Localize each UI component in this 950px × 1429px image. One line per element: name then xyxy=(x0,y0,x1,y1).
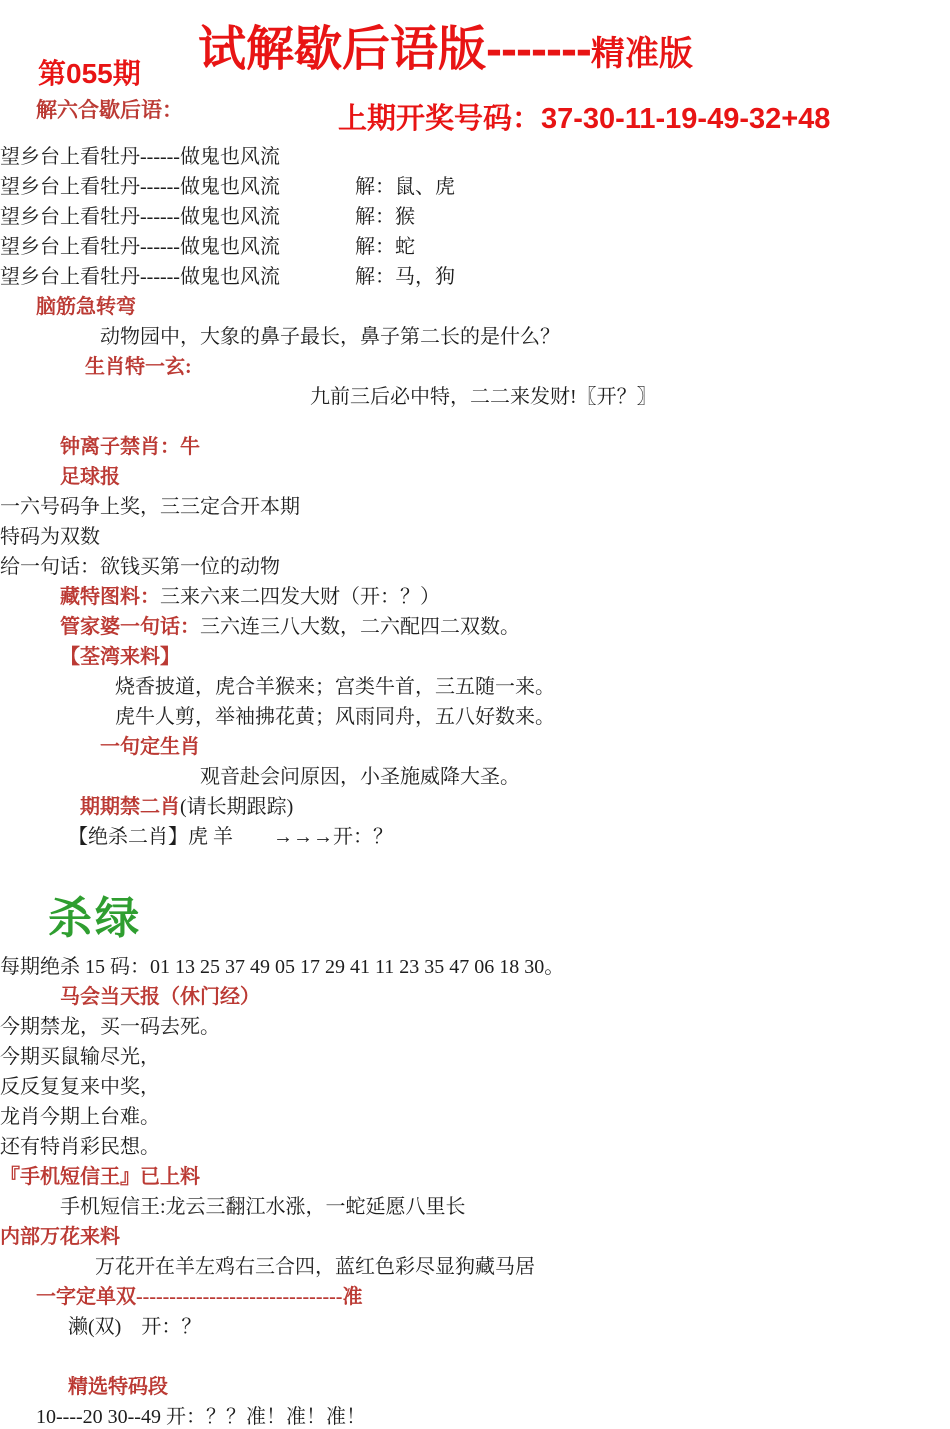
kill-green-line: 反反复复来中奖， xyxy=(0,1072,950,1102)
spacer xyxy=(0,412,950,432)
kill-green-line: 今期买鼠输尽光， xyxy=(0,1042,950,1072)
previous-draw-value: 37-30-11-19-49-32+48 xyxy=(541,103,830,135)
spacer xyxy=(0,1342,950,1372)
football-line: 给一句话：欲钱买第一位的动物 xyxy=(0,552,950,582)
wanhua-label: 内部万花来料 xyxy=(0,1222,950,1252)
kill-green-line: 龙肖今期上台难。 xyxy=(0,1102,950,1132)
single-double-text: 濑(双) 开：？ xyxy=(0,1312,950,1342)
previous-draw-numbers: 上期开奖号码：37-30-11-19-49-32+48 xyxy=(338,96,830,137)
riddle-row: 望乡台上看牡丹------做鬼也风流 xyxy=(0,142,950,172)
kill-codes-line: 每期绝杀 15 码：01 13 25 37 49 05 17 29 41 11 … xyxy=(0,952,950,982)
cangte-label: 藏特图料： xyxy=(60,586,160,608)
riddle-row: 望乡台上看牡丹------做鬼也风流解：鼠、虎 xyxy=(0,172,950,202)
riddle-answer: 解：蛇 xyxy=(355,232,415,262)
single-double-label: 一字定单双-------------------------------准 xyxy=(0,1282,950,1312)
ban-two-result: 【绝杀二肖】虎 羊 →→→开：？ xyxy=(0,822,950,852)
cangte-text: 三来六来二四发大财（开：？） xyxy=(160,586,440,608)
riddle-answer: 解：猴 xyxy=(355,202,415,232)
guanjiapo-line: 管家婆一句话：三六连三八大数，二六配四二双数。 xyxy=(0,612,950,642)
one-sentence-text: 观音赴会问原因，小圣施威降大圣。 xyxy=(0,762,950,792)
riddle-text: 望乡台上看牡丹------做鬼也风流 xyxy=(0,142,355,172)
header: 第055期 试解歇后语版-------精准版 解六合歇后语： 上期开奖号码：37… xyxy=(0,0,950,142)
sms-king-label: 『手机短信王』已上料 xyxy=(0,1162,950,1192)
wanhua-text: 万花开在羊左鸡右三合四，蓝红色彩尽显狗藏马居 xyxy=(0,1252,950,1282)
ban-two-note: (请长期跟踪) xyxy=(180,796,293,818)
kill-green-title: 杀绿 xyxy=(0,890,950,948)
riddle-answer: 解：鼠、虎 xyxy=(355,172,455,202)
zhongli-ban-line: 钟离子禁肖：牛 xyxy=(0,432,950,462)
riddle-row: 望乡台上看牡丹------做鬼也风流解：蛇 xyxy=(0,232,950,262)
football-line: 特码为双数 xyxy=(0,522,950,552)
lottery-tip-sheet: 第055期 试解歇后语版-------精准版 解六合歇后语： 上期开奖号码：37… xyxy=(0,0,950,1429)
riddle-section-label: 解六合歇后语： xyxy=(36,94,183,124)
riddle-text: 望乡台上看牡丹------做鬼也风流 xyxy=(0,202,355,232)
spacer xyxy=(0,852,950,876)
brain-teaser-question: 动物园中，大象的鼻子最长，鼻子第二长的是什么？ xyxy=(0,322,950,352)
title-main: 试解歇后语版 xyxy=(198,23,486,76)
zodiac-mystery-label: 生肖特一玄: xyxy=(0,352,950,382)
special-segment-text: 10----20 30--49 开：？？准！准！准！ xyxy=(0,1402,950,1429)
previous-draw-label: 上期开奖号码： xyxy=(338,103,541,135)
guanjiapo-label: 管家婆一句话： xyxy=(60,616,200,638)
riddle-text: 望乡台上看牡丹------做鬼也风流 xyxy=(0,262,355,292)
zodiac-mystery-text: 九前三后必中特，二二来发财!〖开？〗 xyxy=(0,382,950,412)
ban-two-label: 期期禁二肖 xyxy=(80,796,180,818)
brain-teaser-label: 脑筋急转弯 xyxy=(0,292,950,322)
ban-two-line: 期期禁二肖(请长期跟踪) xyxy=(0,792,950,822)
title-dashes: ------- xyxy=(486,23,591,76)
daily-report-label: 马会当天报（休门经） xyxy=(0,982,950,1012)
quanwan-line: 虎牛人剪，举袖拂花黄；风雨同舟，五八好数来。 xyxy=(0,702,950,732)
kill-green-line: 还有特肖彩民想。 xyxy=(0,1132,950,1162)
football-report-label: 足球报 xyxy=(0,462,950,492)
kill-green-line: 今期禁龙，买一码去死。 xyxy=(0,1012,950,1042)
special-segment-label: 精选特码段 xyxy=(0,1372,950,1402)
riddle-text: 望乡台上看牡丹------做鬼也风流 xyxy=(0,172,355,202)
cangte-line: 藏特图料：三来六来二四发大财（开：？） xyxy=(0,582,950,612)
quanwan-label: 【荃湾来料】 xyxy=(0,642,950,672)
riddle-row: 望乡台上看牡丹------做鬼也风流解：猴 xyxy=(0,202,950,232)
riddle-text: 望乡台上看牡丹------做鬼也风流 xyxy=(0,232,355,262)
title-suffix: 精准版 xyxy=(591,35,693,73)
issue-number: 第055期 xyxy=(38,52,141,92)
football-line: 一六号码争上奖，三三定合开本期 xyxy=(0,492,950,522)
riddle-answer: 解：马，狗 xyxy=(355,262,455,292)
one-sentence-label: 一句定生肖 xyxy=(0,732,950,762)
page-title: 试解歇后语版-------精准版 xyxy=(198,10,693,79)
riddle-row: 望乡台上看牡丹------做鬼也风流解：马，狗 xyxy=(0,262,950,292)
sms-king-text: 手机短信王:龙云三翻江水涨，一蛇延愿八里长 xyxy=(0,1192,950,1222)
guanjiapo-text: 三六连三八大数，二六配四二双数。 xyxy=(200,616,520,638)
quanwan-line: 烧香披道，虎合羊猴来；宫类牛首，三五随一来。 xyxy=(0,672,950,702)
